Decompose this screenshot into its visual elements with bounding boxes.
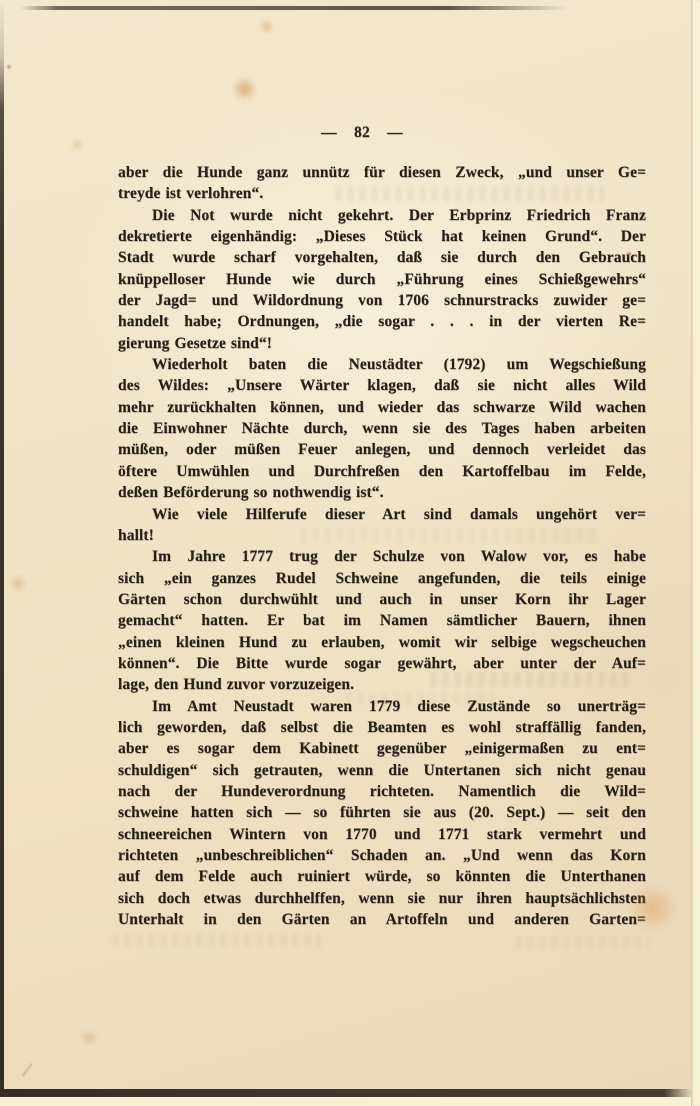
text-line: Die Not wurde nicht gekehrt. Der Erbprin… (118, 205, 646, 226)
text-line: lich geworden, daß selbst die Beamten es… (118, 717, 646, 738)
foxing-spot (80, 1030, 98, 1045)
text-line: aber die Hunde ganz unnütz für diesen Zw… (118, 162, 646, 183)
text-line: Im Jahre 1777 trug der Schulze von Walow… (118, 546, 646, 567)
body-text: aber die Hunde ganz unnütz für diesen Zw… (118, 162, 646, 930)
text-line: schuldigen“ sich getrauten, wenn die Unt… (118, 760, 646, 781)
bleed-through (430, 672, 630, 687)
text-line: „einen kleinen Hund zu erlauben, womit w… (118, 632, 646, 653)
text-line: müßen, oder müßen Feuer anlegen, und den… (118, 439, 646, 460)
page-number: 82 (354, 124, 370, 141)
text-line: handelt habe; Ordnungen, „die sogar . . … (118, 311, 646, 332)
text-line: Wie viele Hilferufe dieser Art sind dama… (118, 504, 646, 525)
page-edge-left (0, 0, 4, 1097)
text-line: knüppelloser Hunde wie durch „Führung ei… (118, 269, 646, 290)
text-line: öftere Umwühlen und Durchfreßen den Kart… (118, 461, 646, 482)
text-line: die Einwohner Nächte durch, wenn sie des… (118, 418, 646, 439)
foxing-spot (626, 251, 632, 257)
text-line: Stadt wurde scharf vorgehalten, daß sie … (118, 247, 646, 268)
text-line: auf dem Felde auch ruiniert würde, so kö… (118, 866, 646, 887)
header-dash-left: — (321, 124, 337, 141)
page-header: —82— (106, 124, 618, 142)
text-line: der Jagd= und Wildordnung von 1706 schnu… (118, 290, 646, 311)
bleed-through (335, 186, 605, 202)
foxing-spot (6, 64, 12, 70)
foxing-spot (70, 138, 84, 151)
text-line: schweine hatten sich — so führten sie au… (118, 802, 646, 823)
bleed-through (345, 692, 495, 705)
page-deckle-bottom (0, 1097, 700, 1106)
text-line: des Wildes: „Unsere Wärter klagen, daß s… (118, 375, 646, 396)
page-edge-top (20, 6, 568, 10)
header-dash-right: — (387, 124, 403, 141)
text-line: sich „ein ganzes Rudel Schweine angefund… (118, 568, 646, 589)
page-deckle-right (691, 0, 700, 1106)
text-line: mehr zurückhalten können, und wieder das… (118, 397, 646, 418)
text-line: Unterhalt in den Gärten an Artoffeln und… (118, 909, 646, 930)
text-line: gemacht“ hatten. Er bat im Namen sämtlic… (118, 610, 646, 631)
text-line: Gärten schon durchwühlt und auch in unse… (118, 589, 646, 610)
foxing-spot (628, 882, 678, 934)
text-line: aber es sogar dem Kabinett gegenüber „ei… (118, 738, 646, 759)
bleed-through (515, 936, 650, 949)
text-line: sich doch etwas durchhelffen, wenn sie n… (118, 888, 646, 909)
crease-mark (21, 1063, 32, 1077)
page-edge-bottom (0, 1089, 692, 1097)
book-page: —82— aber die Hunde ganz unnütz für dies… (0, 0, 700, 1106)
bleed-through (112, 933, 322, 947)
text-line: dekretierte eigenhändig: „Dieses Stück h… (118, 226, 646, 247)
bleed-through (300, 528, 600, 543)
text-line: deßen Beförderung so nothwendig ist“. (118, 482, 646, 503)
foxing-spot (231, 76, 258, 102)
text-line: gierung Gesetze sind“! (118, 333, 646, 354)
text-line: Wiederholt baten die Neustädter (1792) u… (118, 354, 646, 375)
text-line: nach der Hundeverordnung richteten. Name… (118, 781, 646, 802)
text-line: richteten „unbeschreiblichen“ Schaden an… (118, 845, 646, 866)
foxing-spot (10, 572, 26, 594)
foxing-spot (258, 18, 275, 35)
text-line: schneereichen Wintern von 1770 und 1771 … (118, 824, 646, 845)
